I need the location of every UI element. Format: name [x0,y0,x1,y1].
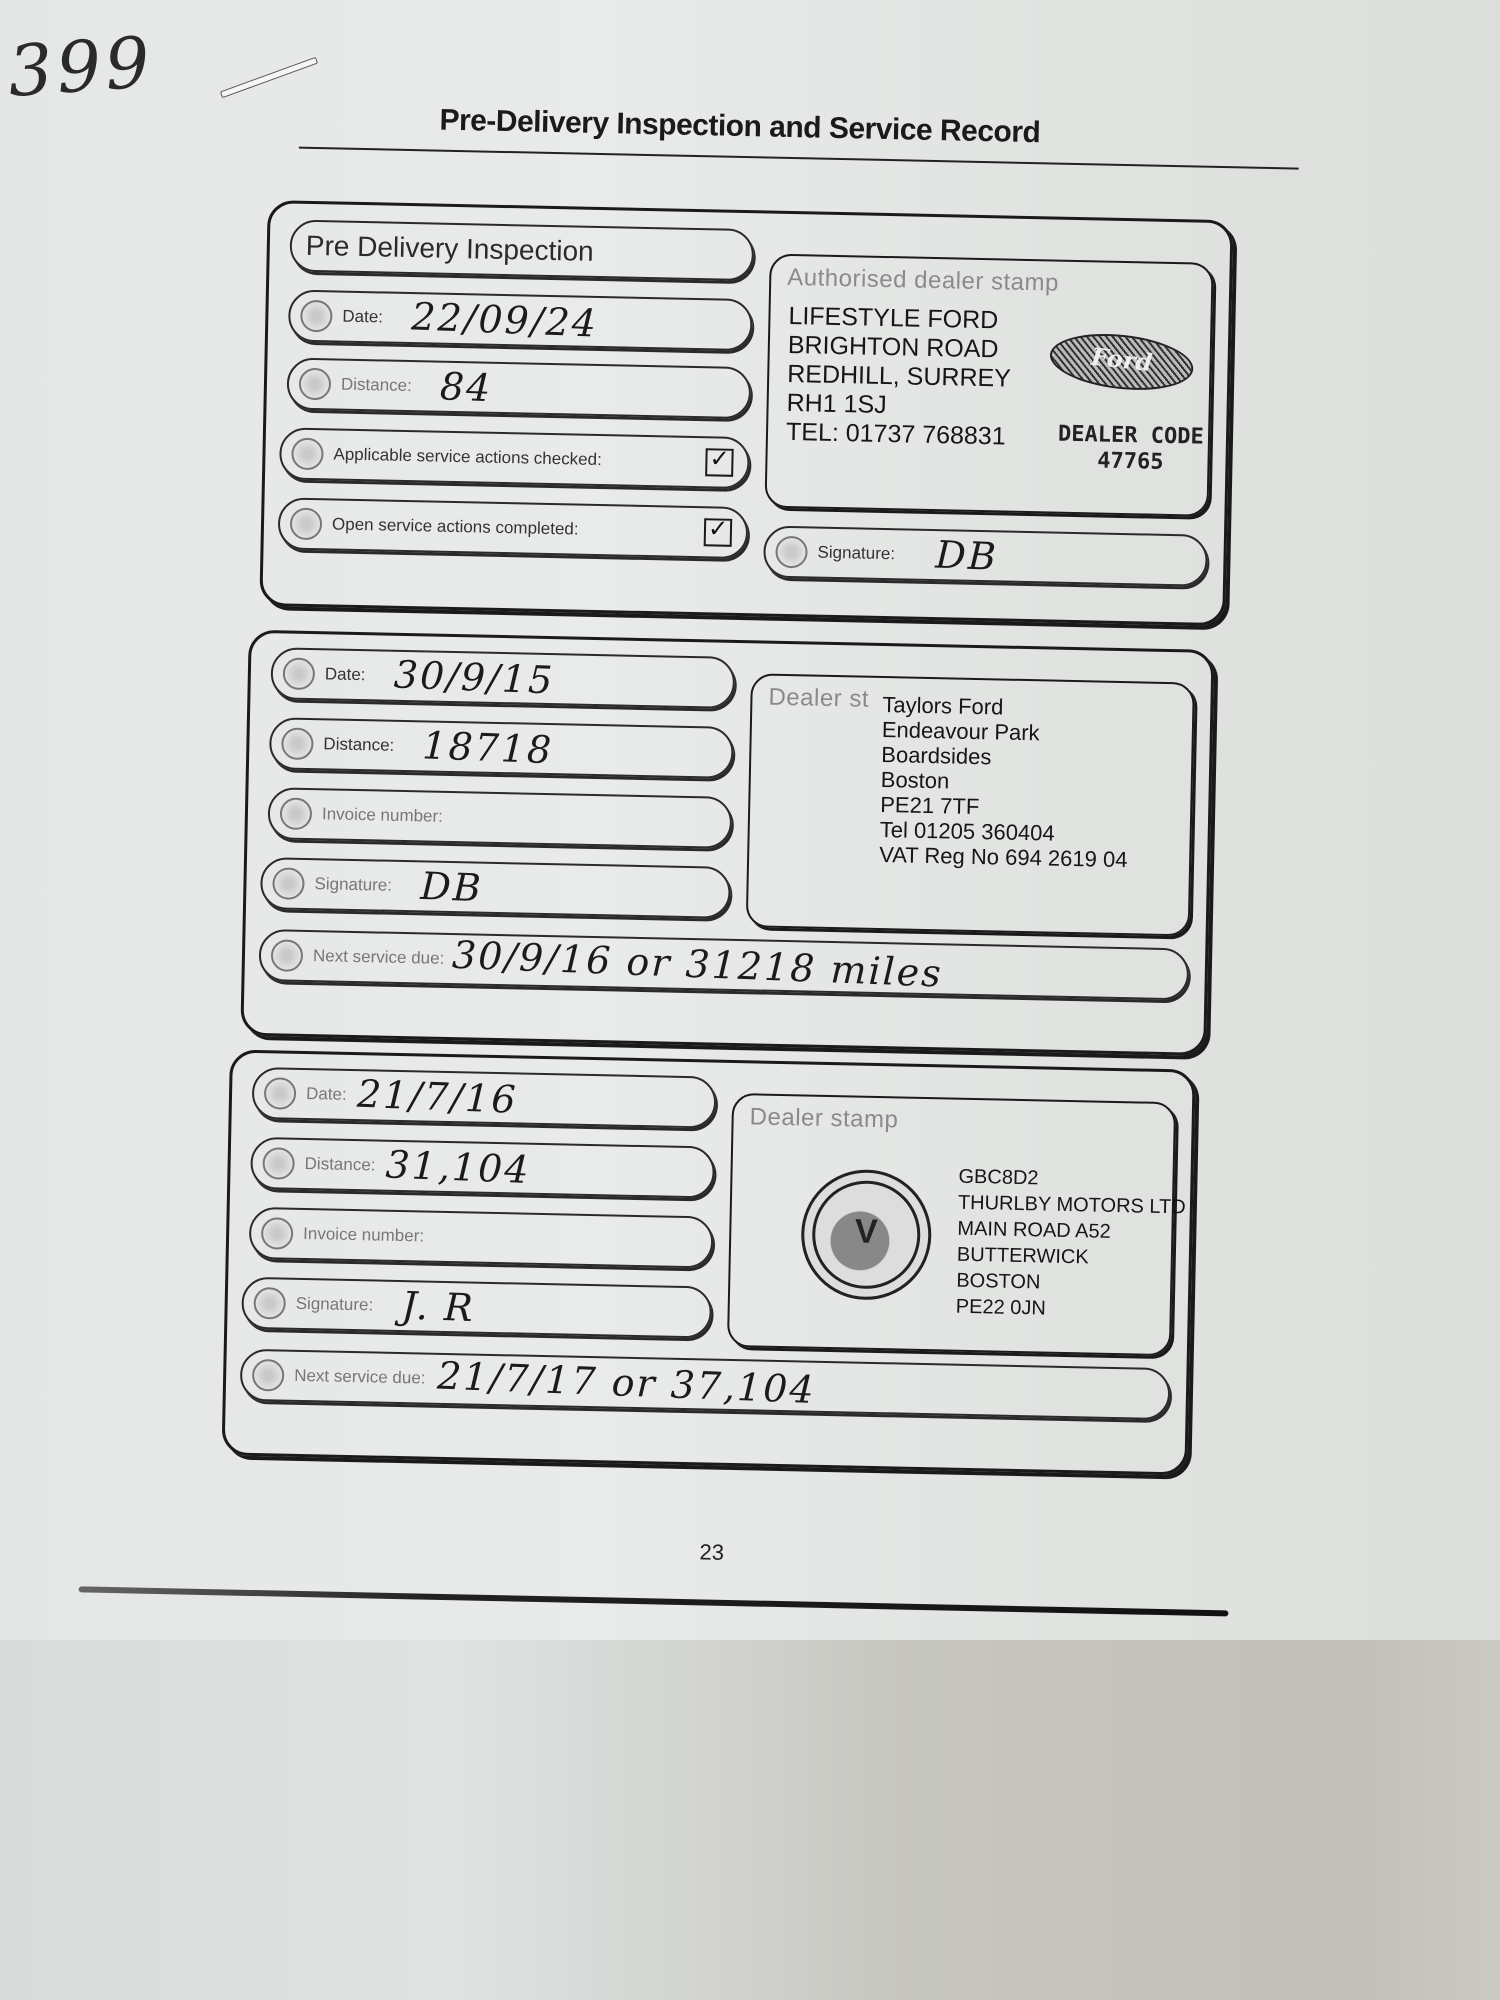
service1-date-field[interactable]: Date: 30/9/15 [270,647,735,709]
invoice-label: Invoice number: [303,1224,424,1247]
applicable-label: Applicable service actions checked: [333,444,602,470]
open-checkbox[interactable] [704,518,733,547]
pdi-heading: Pre Delivery Inspection [306,230,595,268]
bullet-icon [299,368,332,401]
date-value: 22/09/24 [410,294,598,345]
footer-divider [79,1586,1229,1616]
next-service-value: 21/7/17 or 37,104 [437,1354,817,1413]
stamp-line: PE22 0JN [956,1294,1184,1325]
distance-label: Distance: [341,375,412,396]
pdi-heading-field: Pre Delivery Inspection [289,220,754,282]
service2-next-due-field[interactable]: Next service due: 21/7/17 or 37,104 [240,1349,1171,1420]
bullet-icon [281,727,314,760]
service1-distance-field[interactable]: Distance: 18718 [269,717,734,779]
stamp-line: REDHILL, SURREY [787,360,1011,394]
bullet-icon [271,939,304,972]
service-record-1: Date: 30/9/15 Distance: 18718 Invoice nu… [240,630,1214,1056]
dealer-code: DEALER CODE 47765 [1057,422,1204,477]
bullet-icon [290,508,323,541]
bullet-icon [300,300,333,333]
bullet-icon [291,438,324,471]
document-title: Pre-Delivery Inspection and Service Reco… [439,104,1041,151]
pdi-date-field[interactable]: Date: 22/09/24 [288,289,753,351]
next-service-label: Next service due: [294,1366,426,1389]
stamp-label: Dealer stamp [749,1103,898,1134]
bullet-icon [272,867,305,900]
title-divider [299,147,1299,170]
stamp-label: Authorised dealer stamp [787,264,1059,298]
bullet-icon [283,657,316,690]
dealer-code-value: 47765 [1057,448,1203,477]
next-service-value: 30/9/16 or 31218 miles [452,933,944,996]
service1-invoice-field[interactable]: Invoice number: [267,787,732,849]
dealer-address: GBC8D2 THURLBY MOTORS LTD MAIN ROAD A52 … [956,1164,1187,1325]
service1-signature-field[interactable]: Signature: DB [260,857,731,919]
page-number: 23 [699,1539,724,1566]
dealer-code-label: DEALER CODE [1058,422,1204,451]
date-label: Date: [342,307,383,328]
pdi-distance-field[interactable]: Distance: 84 [286,357,751,419]
stamp-line: BRIGHTON ROAD [788,331,1012,365]
open-label: Open service actions completed: [332,514,579,539]
stamp-line: VAT Reg No 694 2619 04 [879,842,1128,872]
form-sheet: Pre-Delivery Inspection and Service Reco… [129,88,1330,1592]
handwritten-number: 399 [5,21,156,113]
pdi-signature-field[interactable]: Signature: DB [763,525,1208,586]
service1-next-due-field[interactable]: Next service due: 30/9/16 or 31218 miles [258,929,1189,1000]
dealer-address: LIFESTYLE FORD BRIGHTON ROAD REDHILL, SU… [786,302,1013,452]
date-label: Date: [306,1084,347,1105]
bullet-icon [280,797,313,830]
ford-logo-icon: Ford [1047,327,1196,396]
stamp-label: Dealer st [768,684,869,714]
service2-signature-field[interactable]: Signature: J. R [241,1277,712,1339]
applicable-checkbox[interactable] [705,448,734,477]
signature-value: J. R [400,1283,475,1330]
pdi-section: Pre Delivery Inspection Date: 22/09/24 D… [259,200,1233,626]
date-value: 21/7/16 [356,1072,518,1122]
distance-value: 84 [439,364,493,410]
bullet-icon [252,1359,285,1392]
service2-distance-field[interactable]: Distance: 31,104 [250,1137,715,1199]
signature-label: Signature: [295,1294,373,1316]
stamp-line: RH1 1SJ [786,389,1010,423]
distance-value: 18718 [421,723,553,772]
dealer-address: Taylors Ford Endeavour Park Boardsides B… [879,692,1131,872]
signature-value: DB [934,533,998,579]
date-value: 30/9/15 [393,652,555,702]
invoice-label: Invoice number: [322,804,443,827]
distance-value: 31,104 [385,1142,532,1192]
date-label: Date: [325,664,366,685]
stamp-line: TEL: 01737 768831 [786,418,1010,452]
signature-value: DB [419,864,483,910]
bullet-icon [775,536,808,569]
authorised-stamp-box: Authorised dealer stamp LIFESTYLE FORD B… [764,254,1213,517]
stamp-line: LIFESTYLE FORD [788,302,1012,336]
service2-date-field[interactable]: Date: 21/7/16 [252,1067,717,1129]
signature-label: Signature: [314,874,392,896]
bullet-icon [264,1077,297,1110]
service-book-page: 399 Pre-Delivery Inspection and Service … [0,0,1500,1640]
service2-invoice-field[interactable]: Invoice number: [249,1207,714,1269]
distance-label: Distance: [304,1154,375,1175]
bullet-icon [253,1287,286,1320]
bullet-icon [261,1217,294,1250]
pdi-applicable-field[interactable]: Applicable service actions checked: [279,427,750,489]
distance-label: Distance: [323,734,394,755]
signature-label: Signature: [817,543,895,565]
service-record-2: Date: 21/7/16 Distance: 31,104 Invoice n… [222,1049,1196,1475]
next-service-label: Next service due: [313,946,445,969]
bullet-icon [262,1147,295,1180]
dealer-stamp-box: Dealer st Taylors Ford Endeavour Park Bo… [746,673,1195,936]
vauxhall-logo-icon: V [800,1168,933,1301]
dealer-stamp-box: Dealer stamp V GBC8D2 THURLBY MOTORS LTD… [727,1093,1176,1356]
pdi-open-field[interactable]: Open service actions completed: [277,497,748,559]
